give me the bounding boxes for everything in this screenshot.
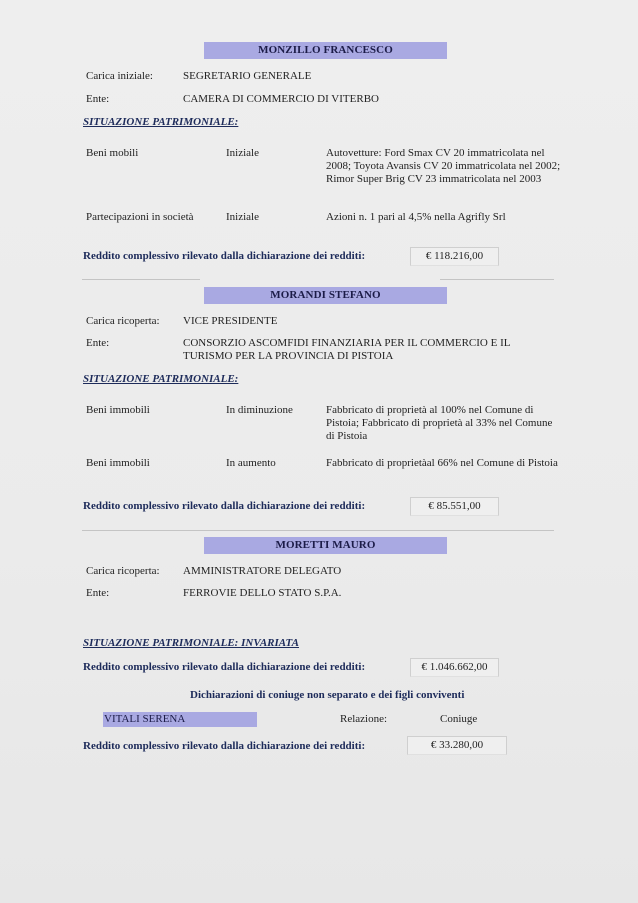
section-title: SITUAZIONE PATRIMONIALE: [83, 373, 238, 385]
divider-line [82, 279, 200, 280]
asset-description: Fabbricato di proprietà al 100% nel Comu… [326, 404, 558, 443]
relation-label: Relazione: [340, 713, 387, 725]
asset-description: Azioni n. 1 pari al 4,5% nella Agrifly S… [326, 211, 566, 224]
divider-line [440, 279, 554, 280]
entity-label: Ente: [86, 337, 109, 349]
asset-type: Beni immobili [86, 457, 150, 469]
person-name-bar: MORANDI STEFANO [204, 287, 447, 304]
role-label: Carica iniziale: [86, 70, 153, 82]
asset-status: Iniziale [226, 211, 259, 223]
income-label: Reddito complessivo rilevato dalla dichi… [83, 661, 365, 673]
entity-value: CAMERA DI COMMERCIO DI VITERBO [183, 93, 379, 106]
income-label: Reddito complessivo rilevato dalla dichi… [83, 500, 365, 512]
role-value: AMMINISTRATORE DELEGATO [183, 565, 341, 578]
divider-line [82, 530, 554, 531]
asset-description: Autovetture: Ford Smax CV 20 immatricola… [326, 147, 566, 186]
role-value: SEGRETARIO GENERALE [183, 70, 311, 83]
income-label: Reddito complessivo rilevato dalla dichi… [83, 250, 365, 262]
asset-type: Beni mobili [86, 147, 138, 159]
document-page: MONZILLO FRANCESCO Carica iniziale: SEGR… [0, 0, 638, 903]
asset-type: Partecipazioni in società [86, 211, 194, 223]
role-value: VICE PRESIDENTE [183, 315, 277, 328]
person-name-bar: MONZILLO FRANCESCO [204, 42, 447, 59]
entity-value: FERROVIE DELLO STATO S.P.A. [183, 587, 341, 600]
income-amount-box: € 1.046.662,00 [410, 658, 499, 677]
asset-status: Iniziale [226, 147, 259, 159]
income-amount-box: € 118.216,00 [410, 247, 499, 266]
person-name-bar: MORETTI MAURO [204, 537, 447, 554]
family-income-amount-box: € 33.280,00 [407, 736, 507, 755]
role-label: Carica ricoperta: [86, 565, 160, 577]
relation-value: Coniuge [440, 713, 477, 725]
family-member-name-bar: VITALI SERENA [103, 712, 257, 727]
role-label: Carica ricoperta: [86, 315, 160, 327]
entity-value: CONSORZIO ASCOMFIDI FINANZIARIA PER IL C… [183, 337, 553, 363]
family-declarations-title: Dichiarazioni di coniuge non separato e … [190, 689, 464, 701]
section-title: SITUAZIONE PATRIMONIALE: [83, 116, 238, 128]
asset-status: In diminuzione [226, 404, 293, 416]
asset-type: Beni immobili [86, 404, 150, 416]
section-title: SITUAZIONE PATRIMONIALE: INVARIATA [83, 637, 299, 649]
family-income-label: Reddito complessivo rilevato dalla dichi… [83, 740, 365, 752]
asset-status: In aumento [226, 457, 276, 469]
entity-label: Ente: [86, 93, 109, 105]
asset-description: Fabbricato di proprietàal 66% nel Comune… [326, 457, 558, 470]
income-amount-box: € 85.551,00 [410, 497, 499, 516]
entity-label: Ente: [86, 587, 109, 599]
